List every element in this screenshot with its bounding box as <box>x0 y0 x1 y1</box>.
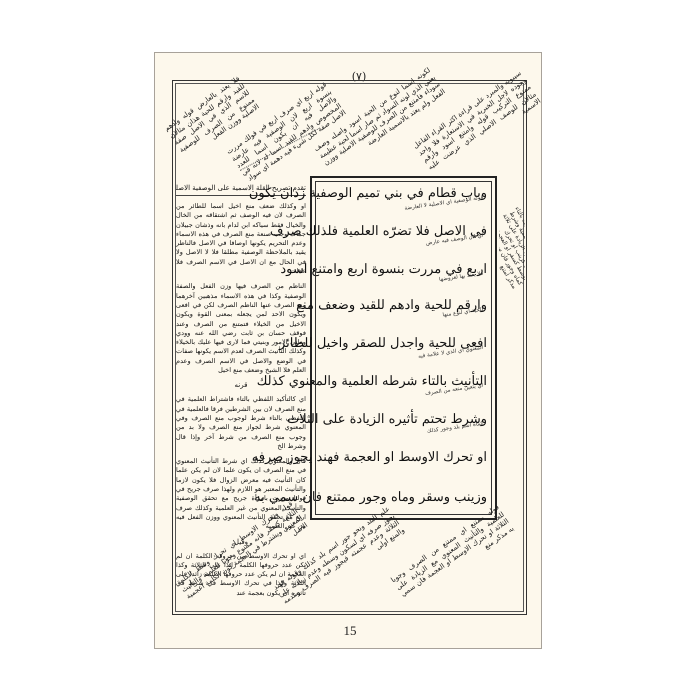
main-line: التأنيث بالتاء شرطه العلمية والمعنوي كذل… <box>320 374 487 389</box>
main-line: وارقم للحية وادهم للقيد وضعف منع <box>320 298 487 313</box>
main-text-box: وباب قطام في بني تميم الوصفية زدان يكون … <box>310 176 497 520</box>
interlinear-gloss: كماه اسم بلد وجور كذلك <box>321 421 485 463</box>
interlinear-gloss: اي يتعين منعه من الصرف <box>321 383 485 425</box>
main-line: وزينب وسقر وماه وجور ممتنع فان سمي به <box>320 490 487 505</box>
interlinear-gloss: قوله الوصفية اي الاصلية لا العارضة <box>321 195 485 237</box>
right-margin-gloss-column: قوله كذلك اي كالتأنيث بالتاء فيشترط فيه … <box>499 205 525 505</box>
main-line: وباب قطام في بني تميم الوصفية زدان يكون <box>320 186 487 201</box>
page-number: 15 <box>330 623 370 639</box>
main-line: وشرط تحتم تأثيره الزيادة على الثلاث <box>320 412 487 427</box>
interlinear-gloss: المعنوي اي الذي لا علامة فيه <box>321 345 485 387</box>
interlinear-gloss: فلا يعتد بها لعروضها <box>321 271 485 313</box>
commentary-paragraph: الناظم من الصرف فيها وزن الفعل والصفة ال… <box>176 282 306 375</box>
interlinear-gloss: اي لان الوصف فيه عارض <box>321 233 485 275</box>
interlinear-gloss: للحية اي لنوع منها <box>321 307 485 349</box>
main-line: افعى للحية واجدل للصقر واخيل للطائر <box>320 336 487 351</box>
main-line: في الاصل فلا تضرّه العلمية فلذلك صرف <box>320 224 487 239</box>
main-line: او تحرك الاوسط او العجمة فهند يجوز صرفه <box>320 450 487 465</box>
right-margin-gloss: قوله كذلك اي كالتأنيث بالتاء فيشترط فيه … <box>499 205 525 416</box>
main-line: اربع في مررت بنسوة اربع وامتنع اسود <box>320 262 487 277</box>
